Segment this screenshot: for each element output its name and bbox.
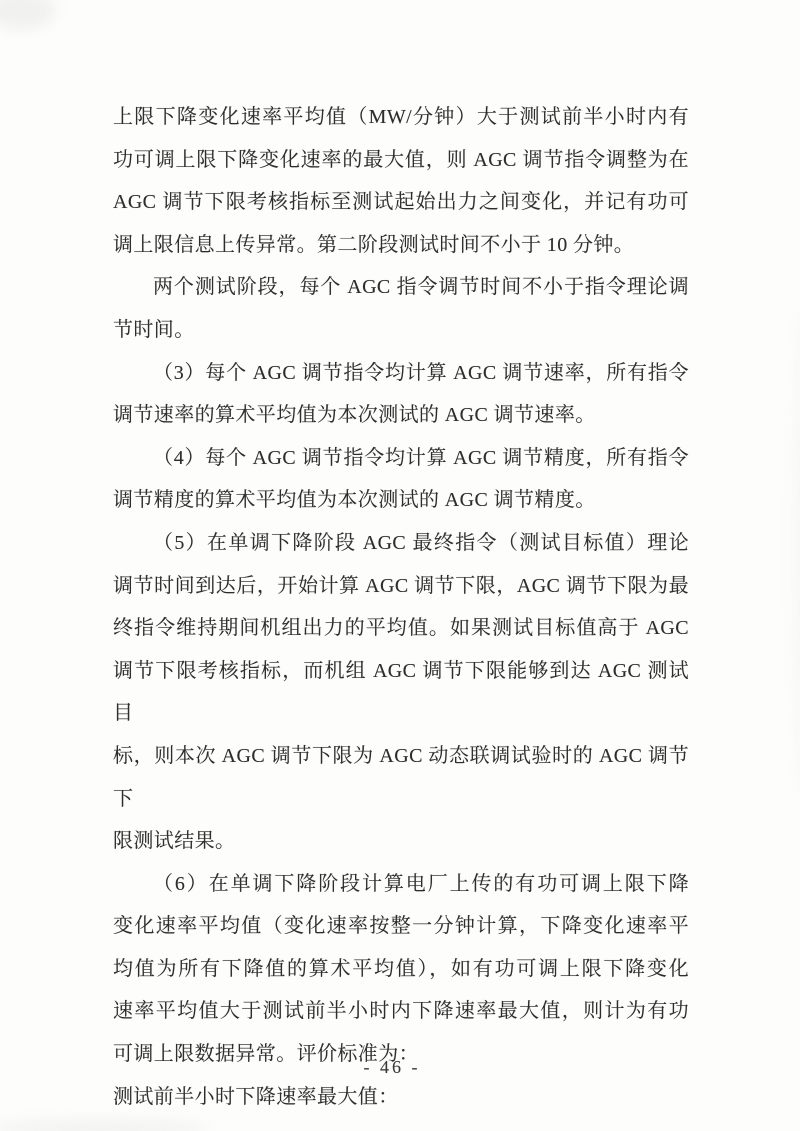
text-line: 调节速率的算术平均值为本次测试的 AGC 调节速率。 — [113, 394, 689, 437]
scan-artifact — [0, 0, 56, 30]
text-line: 调节时间到达后，开始计算 AGC 调节下限，AGC 调节下限为最 — [113, 565, 689, 608]
text-line: 限测试结果。 — [113, 820, 689, 863]
text-line: AGC 调节下限考核指标至测试起始出力之间变化，并记有功可 — [113, 181, 689, 224]
document-body: 上限下降变化速率平均值（MW/分钟）大于测试前半小时内有功可调上限下降变化速率的… — [113, 96, 689, 1118]
page-number: - 46 - — [364, 1057, 421, 1077]
text-line: （3）每个 AGC 调节指令均计算 AGC 调节速率，所有指令 — [113, 352, 689, 395]
text-line: 两个测试阶段，每个 AGC 指令调节时间不小于指令理论调 — [113, 266, 689, 309]
text-line: 节时间。 — [113, 309, 689, 352]
page-footer: - 46 - — [0, 1052, 784, 1082]
text-line: 速率平均值大于测试前半小时内下降速率最大值，则计为有功 — [113, 990, 689, 1033]
scan-artifact — [794, 300, 800, 800]
text-line: 变化速率平均值（变化速率按整一分钟计算，下降变化速率平 — [113, 905, 689, 948]
text-line: 标，则本次 AGC 调节下限为 AGC 动态联调试验时的 AGC 调节下 — [113, 735, 689, 820]
text-line: 调上限信息上传异常。第二阶段测试时间不小于 10 分钟。 — [113, 224, 689, 267]
text-line: 终指令维持期间机组出力的平均值。如果测试目标值高于 AGC — [113, 607, 689, 650]
text-line: 测试前半小时下降速率最大值： — [113, 1076, 689, 1119]
text-line: 调节精度的算术平均值为本次测试的 AGC 调节精度。 — [113, 479, 689, 522]
scan-artifact — [0, 1119, 210, 1131]
text-line: 调节下限考核指标，而机组 AGC 调节下限能够到达 AGC 测试目 — [113, 650, 689, 735]
text-line: 功可调上限下降变化速率的最大值，则 AGC 调节指令调整为在 — [113, 139, 689, 182]
text-line: （4）每个 AGC 调节指令均计算 AGC 调节精度，所有指令 — [113, 437, 689, 480]
text-line: 均值为所有下降值的算术平均值），如有功可调上限下降变化 — [113, 948, 689, 991]
document-page: 上限下降变化速率平均值（MW/分钟）大于测试前半小时内有功可调上限下降变化速率的… — [0, 0, 800, 1131]
text-line: （5）在单调下降阶段 AGC 最终指令（测试目标值）理论 — [113, 522, 689, 565]
text-line: 上限下降变化速率平均值（MW/分钟）大于测试前半小时内有 — [113, 96, 689, 139]
text-line: （6）在单调下降阶段计算电厂上传的有功可调上限下降 — [113, 863, 689, 906]
